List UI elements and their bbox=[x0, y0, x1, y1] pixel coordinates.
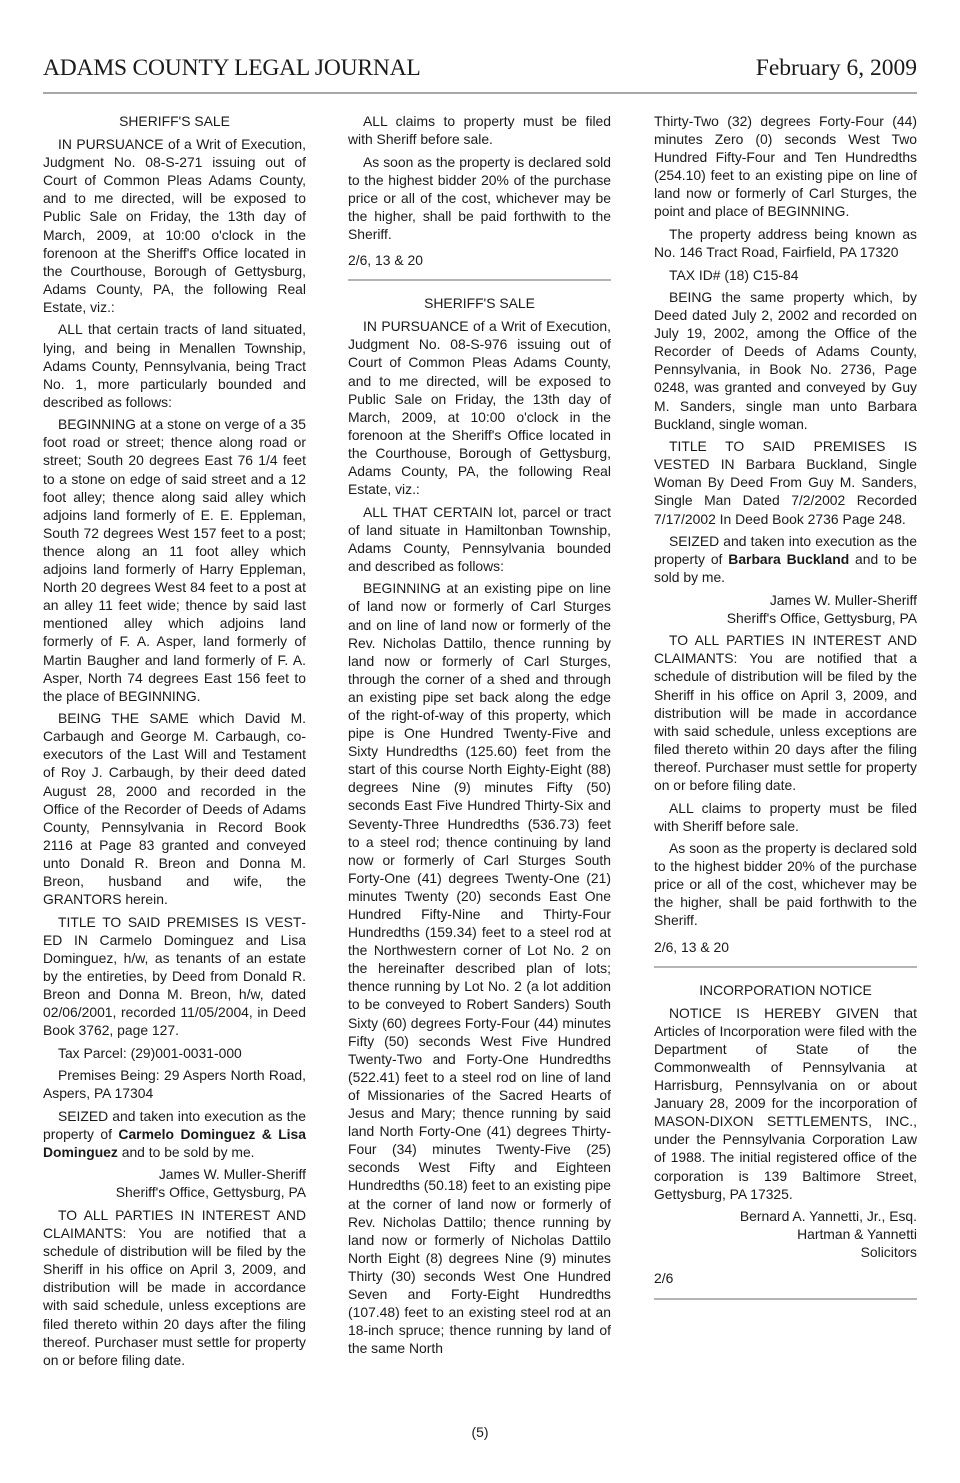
tax-parcel: Tax Parcel: (29)001-0031-000 bbox=[43, 1044, 306, 1062]
notice-heading: SHERIFF'S SALE bbox=[43, 112, 306, 130]
incorporation-paragraph: NOTICE IS HEREBY GIVEN that Articles of … bbox=[654, 1004, 917, 1203]
signature-attorney: Bernard A. Yannetti, Jr., Esq. bbox=[654, 1207, 917, 1225]
signature-name: James W. Muller-Sheriff bbox=[43, 1165, 306, 1183]
claims-paragraph: ALL claims to property must be filed wit… bbox=[654, 799, 917, 835]
issue-date: February 6, 2009 bbox=[756, 55, 917, 82]
seized-paragraph: SEIZED and taken into execution as the p… bbox=[654, 532, 917, 586]
title-paragraph: TITLE TO SAID PREMISES IS VESTED IN Barb… bbox=[654, 437, 917, 527]
column-right: Thirty-Two (32) degrees Forty-Four (44) … bbox=[654, 112, 917, 1313]
run-dates: 2/6, 13 & 20 bbox=[654, 938, 917, 956]
divider bbox=[654, 966, 917, 968]
run-dates: 2/6, 13 & 20 bbox=[348, 251, 611, 269]
payment-paragraph: As soon as the property is declared sold… bbox=[654, 839, 917, 929]
notice-sheriffs-sale-08-S-271: SHERIFF'S SALE IN PURSUANCE of a Writ of… bbox=[43, 112, 306, 1369]
premises-address: Premises Being: 29 Aspers North Road, As… bbox=[43, 1066, 306, 1102]
divider bbox=[654, 1298, 917, 1300]
parties-paragraph: TO ALL PARTIES IN INTEREST AND CLAIMANTS… bbox=[43, 1206, 306, 1369]
parties-paragraph: TO ALL PARTIES IN INTEREST AND CLAIMANTS… bbox=[654, 631, 917, 794]
notice-heading: SHERIFF'S SALE bbox=[348, 294, 611, 312]
signature-firm: Hartman & Yannetti bbox=[654, 1225, 917, 1243]
property-paragraph: ALL THAT CERTAIN lot, parcel or tract of… bbox=[348, 503, 611, 575]
description-paragraph: BEGINNING at an existing pipe on line of… bbox=[348, 579, 611, 1357]
signature-block: Bernard A. Yannetti, Jr., Esq. Hartman &… bbox=[654, 1207, 917, 1261]
description-continued: Thirty-Two (32) degrees Forty-Four (44) … bbox=[654, 112, 917, 221]
pursuance-paragraph: IN PURSUANCE of a Writ of Execu­tion, Ju… bbox=[348, 317, 611, 498]
being-paragraph: BEING THE SAME which David M. Carbaugh a… bbox=[43, 709, 306, 908]
signature-office: Sheriff's Office, Gettysburg, PA bbox=[654, 609, 917, 627]
page-number: (5) bbox=[0, 1424, 960, 1440]
signature-name: James W. Muller-Sheriff bbox=[654, 591, 917, 609]
being-paragraph: BEING the same property which, by Deed d… bbox=[654, 288, 917, 433]
claims-paragraph: ALL claims to property must be filed wit… bbox=[348, 112, 611, 148]
description-paragraph: BEGINNING at a stone on verge of a 35 fo… bbox=[43, 415, 306, 705]
signature-block: James W. Muller-Sheriff Sheriff's Office… bbox=[654, 591, 917, 627]
run-dates: 2/6 bbox=[654, 1269, 917, 1287]
masthead: ADAMS COUNTY LEGAL JOURNAL February 6, 2… bbox=[43, 52, 917, 94]
property-address: The property address being known as No. … bbox=[654, 225, 917, 261]
payment-paragraph: As soon as the property is declared sold… bbox=[348, 153, 611, 243]
property-paragraph: ALL that certain tracts of land situated… bbox=[43, 320, 306, 410]
column-left: SHERIFF'S SALE IN PURSUANCE of a Writ of… bbox=[43, 112, 306, 1373]
notice-heading: INCORPORATION NOTICE bbox=[654, 981, 917, 999]
seized-paragraph: SEIZED and taken into execution as the p… bbox=[43, 1107, 306, 1161]
column-middle: ALL claims to property must be filed wit… bbox=[348, 112, 611, 1362]
title-paragraph: TITLE TO SAID PREMISES IS VEST­ED IN Car… bbox=[43, 913, 306, 1040]
journal-title: ADAMS COUNTY LEGAL JOURNAL bbox=[43, 55, 421, 82]
signature-block: James W. Muller-Sheriff Sheriff's Office… bbox=[43, 1165, 306, 1201]
pursuance-paragraph: IN PURSUANCE of a Writ of Execu­tion, Ju… bbox=[43, 135, 306, 316]
notice-sheriffs-sale-08-S-976: SHERIFF'S SALE IN PURSUANCE of a Writ of… bbox=[348, 294, 611, 1357]
notice-incorporation: INCORPORATION NOTICE NOTICE IS HEREBY GI… bbox=[654, 981, 917, 1300]
defendant-name: Barbara Buckland bbox=[728, 551, 849, 567]
tax-id: TAX ID# (18) C15-84 bbox=[654, 266, 917, 284]
signature-office: Sheriff's Office, Gettysburg, PA bbox=[43, 1183, 306, 1201]
divider bbox=[348, 279, 611, 281]
signature-role: Solicitors bbox=[654, 1243, 917, 1261]
